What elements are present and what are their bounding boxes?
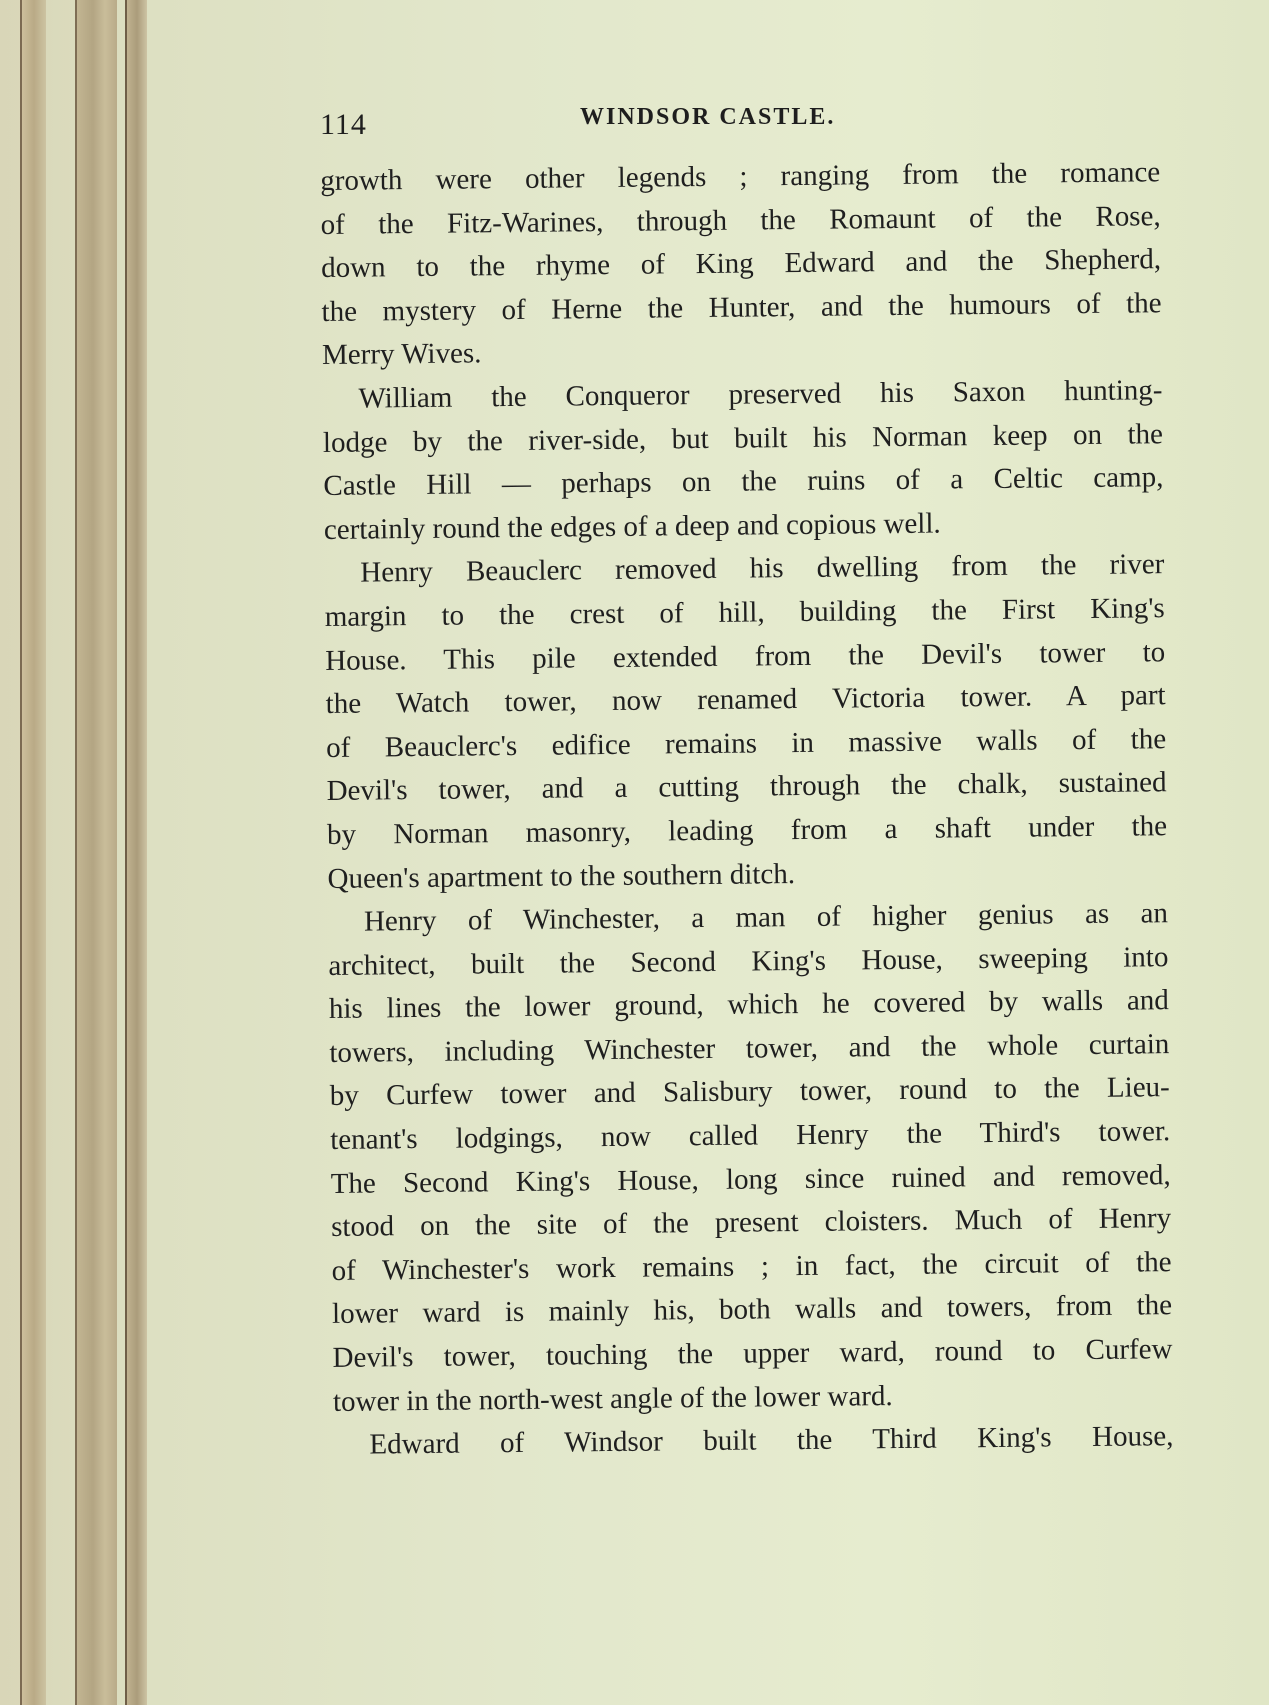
book-page: 114 WINDSOR CASTLE. growth were other le… <box>0 0 1269 1705</box>
running-head: WINDSOR CASTLE. <box>580 104 835 131</box>
page-header: 114 WINDSOR CASTLE. <box>320 100 1160 150</box>
text-line: by Norman masonry, leading from a shaft … <box>327 805 1167 857</box>
body-text: growth were other legends ; ranging from… <box>320 151 1174 1468</box>
page-edge-left-1 <box>20 0 46 1705</box>
text-line: the mystery of Herne the Hunter, and the… <box>321 282 1161 334</box>
page-number: 114 <box>320 108 367 142</box>
text-line: Edward of Windsor built the Third King's… <box>333 1415 1173 1467</box>
page-edge-left-3 <box>125 0 147 1705</box>
text-line: Castle Hill — perhaps on the ruins of a … <box>323 456 1163 508</box>
page-edge-left-2 <box>75 0 117 1705</box>
text-line: Devil's tower, touching the upper ward, … <box>332 1328 1172 1380</box>
